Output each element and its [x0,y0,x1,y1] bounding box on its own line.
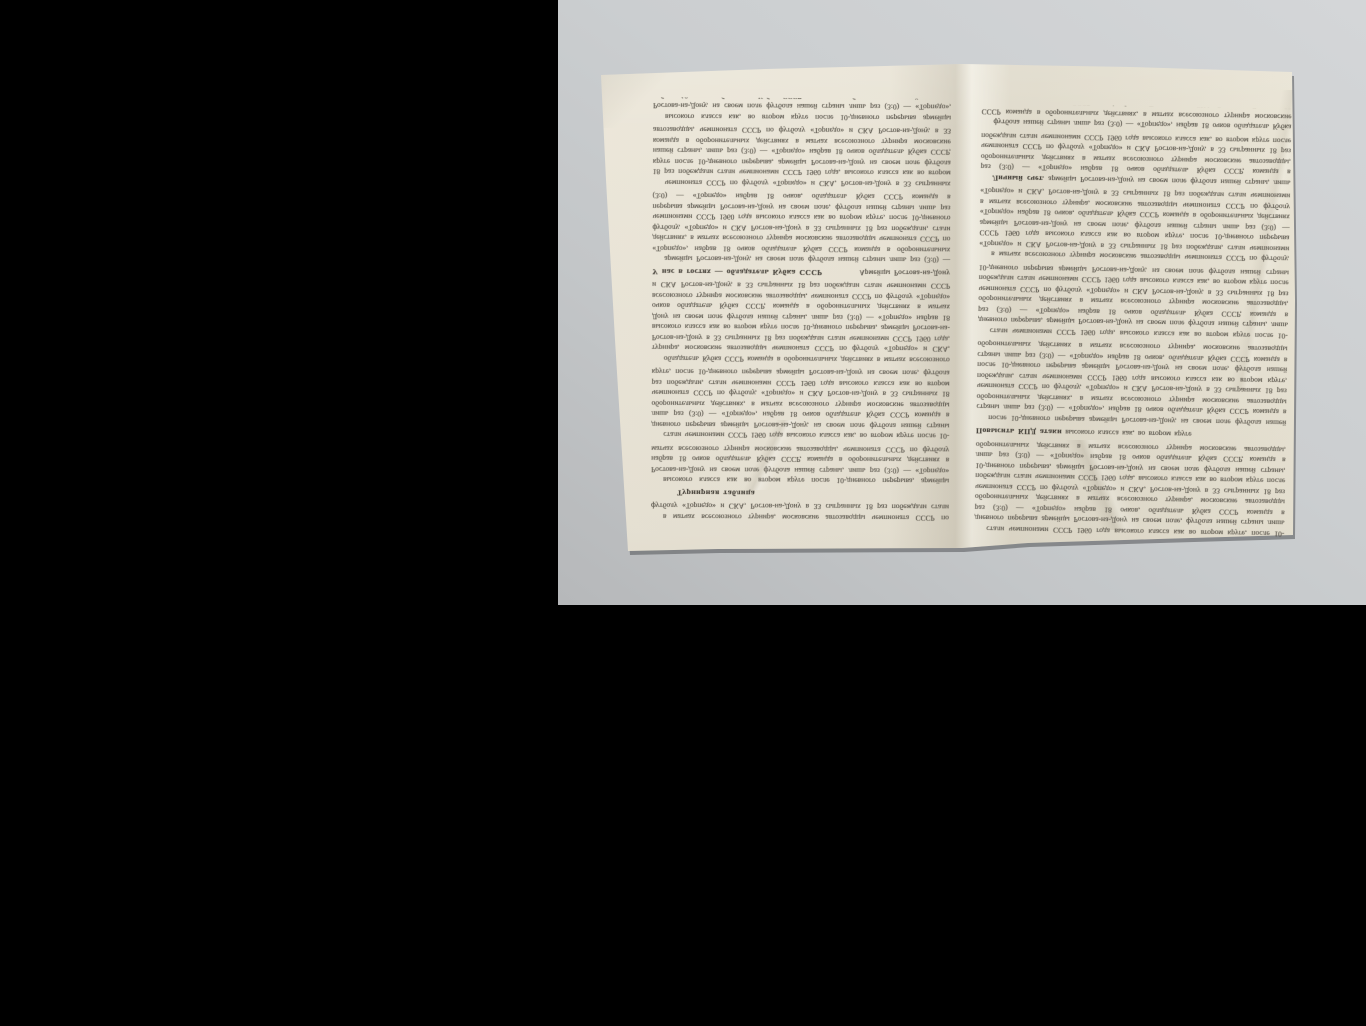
body-paragraph: высокого класса как во втором круге посл… [651,443,949,487]
body-paragraph: стали чемпионами СССР 1960 года высокого… [974,439,1286,539]
body-paragraph: обладатель Кубка СССР команда в оборонит… [652,279,950,365]
body-paragraph: после 10-дневного перерыва армейцы Росто… [976,338,1287,427]
body-paragraph: армейцы Ростова-на-Дону, на своем поле ф… [652,190,950,265]
body-paragraph: в матчах всесоюзного турнира, московские… [651,500,949,523]
heading-guests-label: У нас в гостях — обладатель Кубка СССР [652,266,822,277]
record-paragraph: Личный счет. армейцы Ростова-на-Дону на … [980,130,1291,188]
body-paragraph: чемпионата СССР по футболу «Торпедо» и С… [653,124,951,189]
body-paragraph: в матчах всесоюзного турнира московские … [979,185,1290,264]
heading-record: Личный счет. [992,174,1044,184]
body-paragraph: высокого класса как, во втором круге пос… [653,97,951,123]
canvas-background: { "photo": { "surface_color": "#c9ccce",… [0,0,1366,1026]
right-page-text: стали чемпионами СССР 1960 года высокого… [974,103,1291,538]
photo-of-document: в матчах всесоюзного турнира, московские… [558,0,1366,605]
body-paragraph: стали чемпионами СССР 1960 года высокого… [651,366,949,441]
heading-table: Турнирная таблица [651,487,949,499]
body-paragraph: футбола нашей страны лишь раз (3:0) — «Т… [981,103,1291,132]
heading-guests: У нас в гостях — обладатель Кубка СССРАр… [652,266,950,278]
body-paragraph: стали чемпионами СССР 1960 года, высоког… [978,262,1289,341]
left-page-text: в матчах всесоюзного турнира, московские… [651,97,951,523]
heading-attack: Повысить КПД атаки [976,427,1062,437]
heading-guests-byline: Армейцы Ростова-на-Дону [859,267,950,278]
